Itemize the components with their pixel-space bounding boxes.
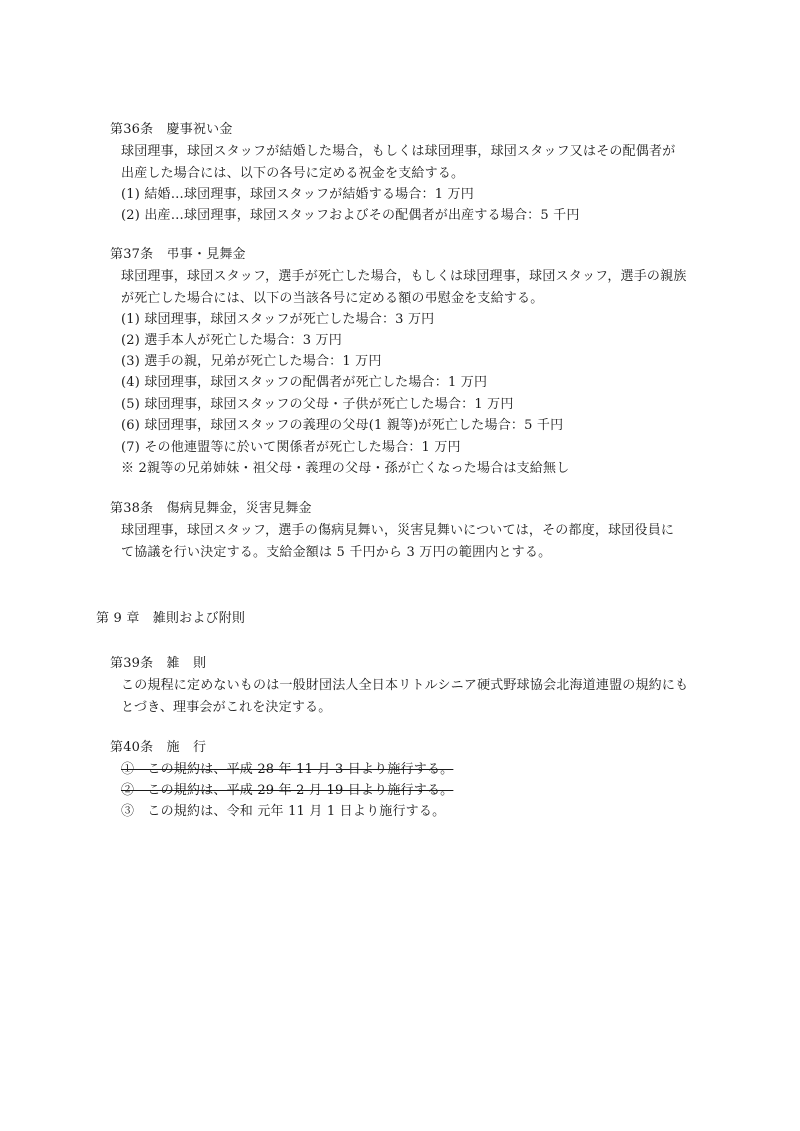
article-36-body-line-1: 球団理事，球団スタッフが結婚した場合，もしくは球団理事，球団スタッフ又はその配偶…: [121, 143, 675, 161]
article-40-item-1-struck: ① この規約は、平成 28 年 11 月 3 日より施行する。: [121, 761, 453, 779]
article-36-title: 第36条 慶事祝い金: [110, 121, 233, 139]
article-40-item-3: ③ この規約は、令和 元年 11 月 1 日より施行する。: [121, 803, 445, 821]
article-37-item-4: (4) 球団理事，球団スタッフの配偶者が死亡した場合：1 万円: [121, 374, 487, 392]
article-37-body-line-2: が死亡した場合には、以下の当該各号に定める額の弔慰金を支給する。: [121, 290, 543, 308]
article-37-item-2: (2) 選手本人が死亡した場合：3 万円: [121, 332, 342, 350]
article-39-body-line-1: この規程に定めないものは一般財団法人全日本リトルシニア硬式野球協会北海道連盟の規…: [121, 677, 688, 695]
article-37-item-1: (1) 球団理事，球団スタッフが死亡した場合：3 万円: [121, 311, 434, 329]
article-37-item-5: (5) 球団理事，球団スタッフの父母・子供が死亡した場合：1 万円: [121, 396, 514, 414]
article-36-body-line-2: 出産した場合には、以下の各号に定める祝金を支給する。: [121, 165, 464, 183]
article-36-item-1: (1) 結婚…球団理事，球団スタッフが結婚する場合：1 万円: [121, 186, 474, 204]
article-37-note: ※ 2親等の兄弟姉妹・祖父母・義理の父母・孫が亡くなった場合は支給無し: [121, 460, 569, 478]
article-38-body-line-1: 球団理事，球団スタッフ，選手の傷病見舞い，災害見舞いについては，その都度，球団役…: [121, 522, 674, 540]
article-36-item-2: (2) 出産…球団理事，球団スタッフおよびその配偶者が出産する場合：5 千円: [121, 207, 580, 225]
article-38-title: 第38条 傷病見舞金，災害見舞金: [110, 500, 312, 518]
article-40-item-2-struck: ② この規約は、平成 29 年 2 月 19 日より施行する。: [121, 782, 453, 800]
article-39-body-line-2: とづき、理事会がこれを決定する。: [121, 699, 331, 717]
article-37-body-line-1: 球団理事，球団スタッフ，選手が死亡した場合，もしくは球団理事，球団スタッフ，選手…: [121, 268, 687, 286]
article-40-title: 第40条 施 行: [110, 739, 206, 757]
article-37-item-3: (3) 選手の親，兄弟が死亡した場合：1 万円: [121, 353, 382, 371]
article-37-title: 第37条 弔事・見舞金: [110, 246, 246, 264]
article-38-body-line-2: て協議を行い決定する。支給金額は 5 千円から 3 万円の範囲内とする。: [121, 544, 551, 562]
article-37-item-6: (6) 球団理事，球団スタッフの義理の父母(1 親等)が死亡した場合：5 千円: [121, 417, 563, 435]
chapter-9-title: 第 9 章 雑則および附則: [96, 610, 245, 628]
article-37-item-7: (7) その他連盟等に於いて関係者が死亡した場合：1 万円: [121, 439, 461, 457]
article-39-title: 第39条 雑 則: [110, 655, 206, 673]
document-page: 第36条 慶事祝い金 球団理事，球団スタッフが結婚した場合，もしくは球団理事，球…: [0, 0, 800, 1131]
